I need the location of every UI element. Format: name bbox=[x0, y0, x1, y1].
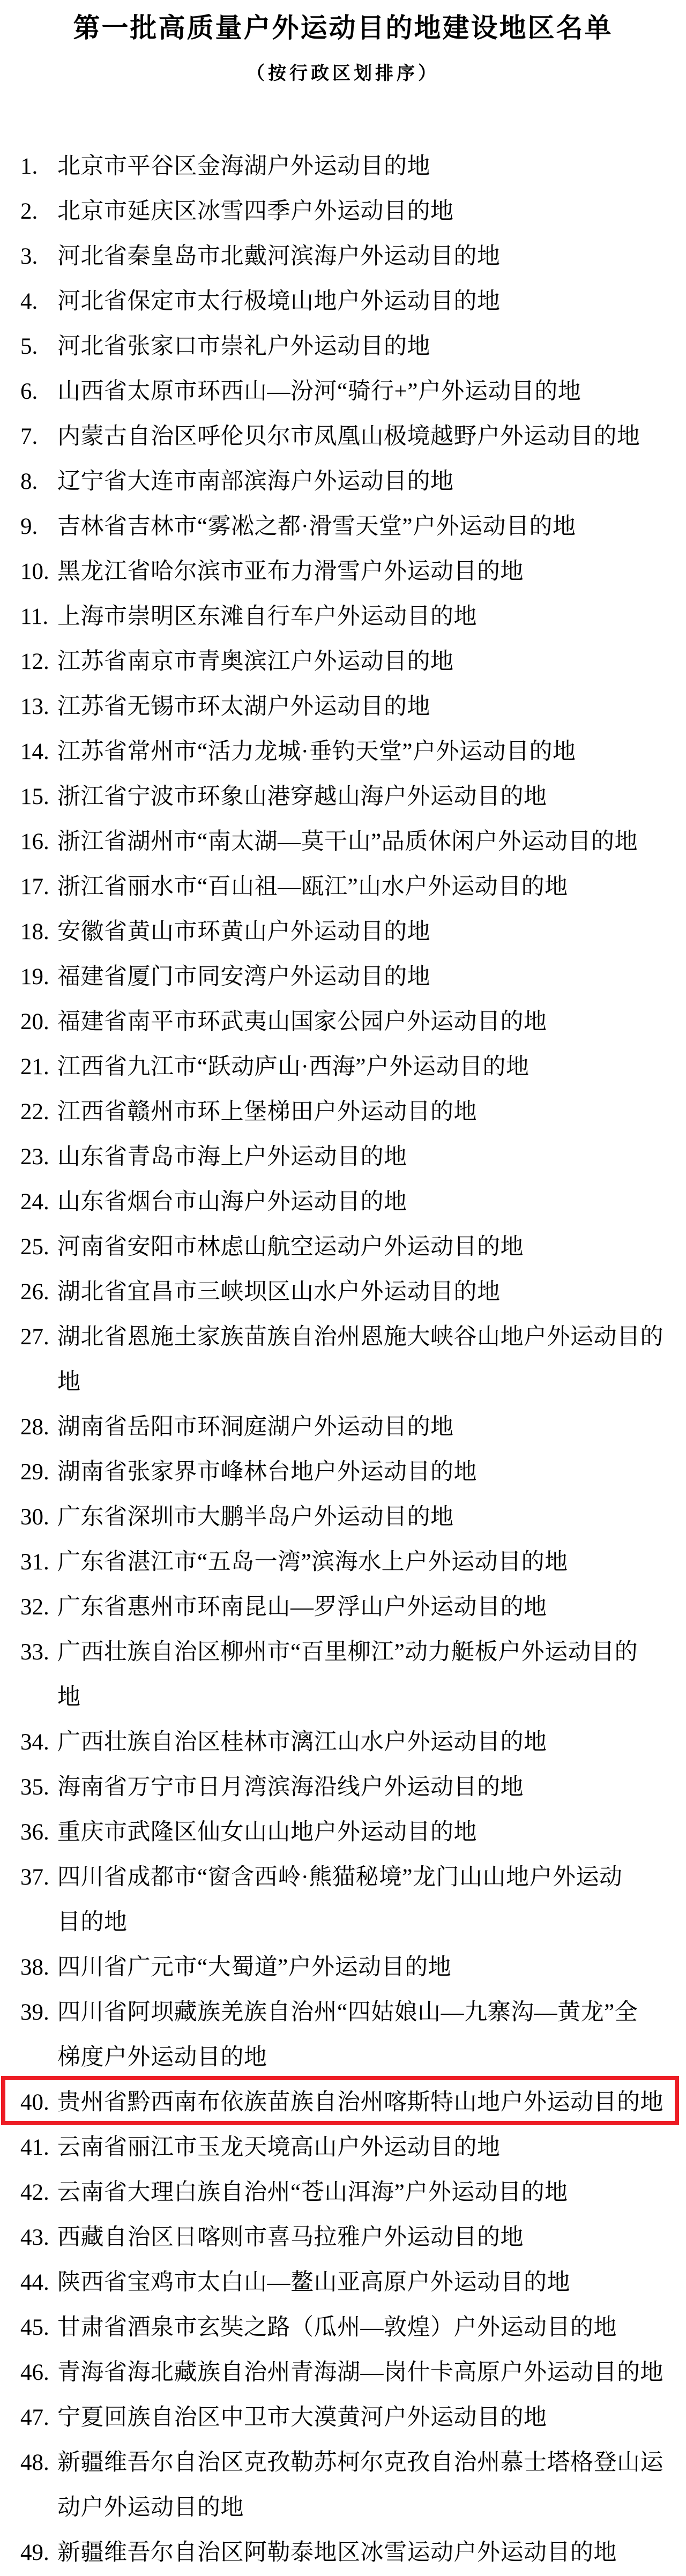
item-text: 湖南省岳阳市环洞庭湖户外运动目的地 bbox=[57, 1414, 454, 1440]
item-text: 河北省张家口市崇礼户外运动目的地 bbox=[57, 334, 430, 359]
item-text: 浙江省丽水市“百山祖—瓯江”山水户外运动目的地 bbox=[57, 874, 568, 899]
item-number: 20. bbox=[20, 1000, 49, 1045]
item-text: 贵州省黔西南布依族苗族自治州喀斯特山地户外运动目的地 bbox=[57, 2090, 663, 2115]
item-number: 32. bbox=[20, 1585, 49, 1630]
item-text: 福建省南平市环武夷山国家公园户外运动目的地 bbox=[57, 1009, 547, 1034]
list-item-line: 31.广东省湛江市“五岛一湾”滨海水上户外运动目的地 bbox=[0, 1540, 686, 1585]
item-text: 辽宁省大连市南部滨海户外运动目的地 bbox=[57, 469, 454, 494]
item-number: 17. bbox=[20, 865, 49, 910]
list-item-line: 32.广东省惠州市环南昆山—罗浮山户外运动目的地 bbox=[0, 1585, 686, 1630]
item-number: 48. bbox=[20, 2440, 49, 2485]
item-text: 山东省烟台市山海户外运动目的地 bbox=[57, 1189, 407, 1215]
item-text: 湖南省张家界市峰林台地户外运动目的地 bbox=[57, 1460, 477, 1485]
item-text: 青海省海北藏族自治州青海湖—岗什卡高原户外运动目的地 bbox=[57, 2360, 663, 2385]
item-text: 湖北省宜昌市三峡坝区山水户外运动目的地 bbox=[57, 1279, 501, 1305]
item-text: 云南省丽江市玉龙天境高山户外运动目的地 bbox=[57, 2135, 501, 2160]
list-item-line: 47.宁夏回族自治区中卫市大漠黄河户外运动目的地 bbox=[0, 2395, 686, 2440]
item-text: 宁夏回族自治区中卫市大漠黄河户外运动目的地 bbox=[57, 2405, 547, 2430]
list-item-line: 40.贵州省黔西南布依族苗族自治州喀斯特山地户外运动目的地 bbox=[0, 2080, 686, 2125]
document-page: 第一批高质量户外运动目的地建设地区名单 （按行政区划排序） 1.北京市平谷区金海… bbox=[0, 0, 686, 2576]
item-number: 11. bbox=[20, 594, 48, 639]
item-number: 33. bbox=[20, 1630, 49, 1675]
item-number: 28. bbox=[20, 1405, 49, 1450]
list-item-line: 35.海南省万宁市日月湾滨海沿线户外运动目的地 bbox=[0, 1765, 686, 1810]
item-number: 49. bbox=[20, 2530, 49, 2575]
item-text: 动户外运动目的地 bbox=[57, 2495, 244, 2520]
list-item-line: 49.新疆维吾尔自治区阿勒泰地区冰雪运动户外运动目的地 bbox=[0, 2530, 686, 2575]
item-text: 地 bbox=[57, 1685, 81, 1710]
list-item-line: 1.北京市平谷区金海湖户外运动目的地 bbox=[0, 144, 686, 189]
list-item-line: 36.重庆市武隆区仙女山山地户外运动目的地 bbox=[0, 1810, 686, 1855]
list-item-line: 动户外运动目的地 bbox=[0, 2485, 686, 2530]
item-number: 45. bbox=[20, 2305, 49, 2350]
list-item-line: 20.福建省南平市环武夷山国家公园户外运动目的地 bbox=[0, 1000, 686, 1045]
item-text: 江西省九江市“跃动庐山·西海”户外运动目的地 bbox=[57, 1054, 530, 1079]
list-item-line: 2.北京市延庆区冰雪四季户外运动目的地 bbox=[0, 189, 686, 234]
item-text: 吉林省吉林市“雾凇之都·滑雪天堂”户外运动目的地 bbox=[57, 514, 576, 539]
list-item-line: 8.辽宁省大连市南部滨海户外运动目的地 bbox=[0, 459, 686, 504]
item-text: 目的地 bbox=[57, 1910, 128, 1935]
item-text: 重庆市武隆区仙女山山地户外运动目的地 bbox=[57, 1820, 477, 1845]
list-item-line: 19.福建省厦门市同安湾户外运动目的地 bbox=[0, 955, 686, 1000]
list-item-line: 25.河南省安阳市林虑山航空运动户外运动目的地 bbox=[0, 1225, 686, 1270]
item-text: 浙江省宁波市环象山港穿越山海户外运动目的地 bbox=[57, 784, 547, 809]
list-item-line: 14.江苏省常州市“活力龙城·垂钓天堂”户外运动目的地 bbox=[0, 729, 686, 775]
list-item-line: 地 bbox=[0, 1675, 686, 1720]
list-item-line: 17.浙江省丽水市“百山祖—瓯江”山水户外运动目的地 bbox=[0, 865, 686, 910]
item-number: 42. bbox=[20, 2170, 49, 2215]
item-number: 10. bbox=[20, 549, 49, 594]
item-text: 新疆维吾尔自治区克孜勒苏柯尔克孜自治州慕士塔格登山运 bbox=[57, 2450, 663, 2475]
list-item-line: 24.山东省烟台市山海户外运动目的地 bbox=[0, 1180, 686, 1225]
item-text: 河北省保定市太行极境山地户外运动目的地 bbox=[57, 289, 501, 314]
item-text: 安徽省黄山市环黄山户外运动目的地 bbox=[57, 919, 430, 944]
item-number: 15. bbox=[20, 775, 49, 820]
item-number: 7. bbox=[20, 414, 38, 459]
item-number: 34. bbox=[20, 1720, 49, 1765]
list-item-line: 4.河北省保定市太行极境山地户外运动目的地 bbox=[0, 279, 686, 324]
list-item-line: 48.新疆维吾尔自治区克孜勒苏柯尔克孜自治州慕士塔格登山运 bbox=[0, 2440, 686, 2485]
list-item-line: 27.湖北省恩施土家族苗族自治州恩施大峡谷山地户外运动目的 bbox=[0, 1315, 686, 1360]
item-number: 19. bbox=[20, 955, 49, 1000]
item-number: 12. bbox=[20, 639, 49, 684]
item-number: 2. bbox=[20, 189, 38, 234]
item-text: 梯度户外运动目的地 bbox=[57, 2045, 267, 2070]
list-item-line: 12.江苏省南京市青奥滨江户外运动目的地 bbox=[0, 639, 686, 684]
item-number: 25. bbox=[20, 1225, 49, 1270]
item-text: 上海市崇明区东滩自行车户外运动目的地 bbox=[57, 604, 477, 629]
item-number: 46. bbox=[20, 2350, 49, 2395]
item-text: 陕西省宝鸡市太白山—鳌山亚高原户外运动目的地 bbox=[57, 2270, 570, 2295]
list-item-line: 22.江西省赣州市环上堡梯田户外运动目的地 bbox=[0, 1090, 686, 1135]
list-item-line: 3.河北省秦皇岛市北戴河滨海户外运动目的地 bbox=[0, 234, 686, 279]
item-text: 四川省成都市“窗含西岭·熊猫秘境”龙门山山地户外运动 bbox=[57, 1865, 623, 1890]
item-number: 36. bbox=[20, 1810, 49, 1855]
list-item-line: 15.浙江省宁波市环象山港穿越山海户外运动目的地 bbox=[0, 775, 686, 820]
list-item-line: 16.浙江省湖州市“南太湖—莫干山”品质休闲户外运动目的地 bbox=[0, 820, 686, 865]
item-text: 西藏自治区日喀则市喜马拉雅户外运动目的地 bbox=[57, 2225, 524, 2250]
item-text: 江西省赣州市环上堡梯田户外运动目的地 bbox=[57, 1099, 477, 1125]
list-item-line: 38.四川省广元市“大蜀道”户外运动目的地 bbox=[0, 1945, 686, 1990]
item-text: 内蒙古自治区呼伦贝尔市凤凰山极境越野户外运动目的地 bbox=[57, 424, 640, 449]
list-item-line: 42.云南省大理白族自治州“苍山洱海”户外运动目的地 bbox=[0, 2170, 686, 2215]
item-text: 广东省湛江市“五岛一湾”滨海水上户外运动目的地 bbox=[57, 1550, 568, 1575]
item-number: 41. bbox=[20, 2125, 49, 2170]
item-number: 4. bbox=[20, 279, 38, 324]
item-text: 黑龙江省哈尔滨市亚布力滑雪户外运动目的地 bbox=[57, 559, 524, 584]
item-number: 22. bbox=[20, 1090, 49, 1135]
item-number: 1. bbox=[20, 144, 38, 189]
item-number: 14. bbox=[20, 729, 49, 775]
list-item-line: 41.云南省丽江市玉龙天境高山户外运动目的地 bbox=[0, 2125, 686, 2170]
list-item-line: 44.陕西省宝鸡市太白山—鳌山亚高原户外运动目的地 bbox=[0, 2260, 686, 2305]
item-text: 海南省万宁市日月湾滨海沿线户外运动目的地 bbox=[57, 1775, 524, 1800]
list-item-line: 28.湖南省岳阳市环洞庭湖户外运动目的地 bbox=[0, 1405, 686, 1450]
item-text: 四川省阿坝藏族羌族自治州“四姑娘山—九寨沟—黄龙”全 bbox=[57, 2000, 638, 2025]
item-number: 24. bbox=[20, 1180, 49, 1225]
list-item-line: 11.上海市崇明区东滩自行车户外运动目的地 bbox=[0, 594, 686, 639]
list-item-line: 29.湖南省张家界市峰林台地户外运动目的地 bbox=[0, 1450, 686, 1495]
list-item-line: 33.广西壮族自治区柳州市“百里柳江”动力艇板户外运动目的 bbox=[0, 1630, 686, 1675]
list-item-line: 46.青海省海北藏族自治州青海湖—岗什卡高原户外运动目的地 bbox=[0, 2350, 686, 2395]
item-number: 6. bbox=[20, 369, 38, 414]
item-text: 北京市平谷区金海湖户外运动目的地 bbox=[57, 154, 430, 179]
item-text: 福建省厦门市同安湾户外运动目的地 bbox=[57, 964, 430, 989]
item-number: 37. bbox=[20, 1855, 49, 1900]
list-item-line: 26.湖北省宜昌市三峡坝区山水户外运动目的地 bbox=[0, 1270, 686, 1315]
item-number: 47. bbox=[20, 2395, 49, 2440]
item-number: 9. bbox=[20, 504, 38, 549]
list-item-line: 43.西藏自治区日喀则市喜马拉雅户外运动目的地 bbox=[0, 2215, 686, 2260]
item-text: 山西省太原市环西山—汾河“骑行+”户外运动目的地 bbox=[57, 379, 581, 404]
list-item-line: 39.四川省阿坝藏族羌族自治州“四姑娘山—九寨沟—黄龙”全 bbox=[0, 1990, 686, 2035]
list-item-line: 18.安徽省黄山市环黄山户外运动目的地 bbox=[0, 910, 686, 955]
item-number: 5. bbox=[20, 324, 38, 369]
item-text: 山东省青岛市海上户外运动目的地 bbox=[57, 1144, 407, 1170]
item-number: 30. bbox=[20, 1495, 49, 1540]
item-text: 湖北省恩施土家族苗族自治州恩施大峡谷山地户外运动目的 bbox=[57, 1324, 663, 1350]
item-text: 广西壮族自治区桂林市漓江山水户外运动目的地 bbox=[57, 1730, 547, 1755]
list-item-line: 目的地 bbox=[0, 1900, 686, 1945]
item-text: 浙江省湖州市“南太湖—莫干山”品质休闲户外运动目的地 bbox=[57, 829, 638, 854]
item-number: 13. bbox=[20, 684, 49, 729]
item-number: 8. bbox=[20, 459, 38, 504]
item-text: 北京市延庆区冰雪四季户外运动目的地 bbox=[57, 199, 454, 224]
item-number: 27. bbox=[20, 1315, 49, 1360]
item-text: 四川省广元市“大蜀道”户外运动目的地 bbox=[57, 1955, 451, 1980]
list-item-line: 梯度户外运动目的地 bbox=[0, 2035, 686, 2080]
item-number: 29. bbox=[20, 1450, 49, 1495]
item-text: 江苏省无锡市环太湖户外运动目的地 bbox=[57, 694, 430, 719]
item-number: 23. bbox=[20, 1135, 49, 1180]
item-number: 16. bbox=[20, 820, 49, 865]
item-number: 35. bbox=[20, 1765, 49, 1810]
list-item-line: 21.江西省九江市“跃动庐山·西海”户外运动目的地 bbox=[0, 1045, 686, 1090]
list-item-line: 10.黑龙江省哈尔滨市亚布力滑雪户外运动目的地 bbox=[0, 549, 686, 594]
item-number: 3. bbox=[20, 234, 38, 279]
list-item-line: 23.山东省青岛市海上户外运动目的地 bbox=[0, 1135, 686, 1180]
item-text: 广东省惠州市环南昆山—罗浮山户外运动目的地 bbox=[57, 1595, 547, 1620]
list-item-line: 6.山西省太原市环西山—汾河“骑行+”户外运动目的地 bbox=[0, 369, 686, 414]
list-item-line: 9.吉林省吉林市“雾凇之都·滑雪天堂”户外运动目的地 bbox=[0, 504, 686, 549]
item-text: 江苏省南京市青奥滨江户外运动目的地 bbox=[57, 649, 454, 674]
item-number: 38. bbox=[20, 1945, 49, 1990]
page-subtitle: （按行政区划排序） bbox=[0, 65, 686, 83]
list-item-line: 30.广东省深圳市大鹏半岛户外运动目的地 bbox=[0, 1495, 686, 1540]
item-text: 河南省安阳市林虑山航空运动户外运动目的地 bbox=[57, 1234, 524, 1260]
page-title: 第一批高质量户外运动目的地建设地区名单 bbox=[0, 0, 686, 42]
list-item-line: 7.内蒙古自治区呼伦贝尔市凤凰山极境越野户外运动目的地 bbox=[0, 414, 686, 459]
item-number: 43. bbox=[20, 2215, 49, 2260]
item-text: 河北省秦皇岛市北戴河滨海户外运动目的地 bbox=[57, 244, 501, 269]
item-number: 21. bbox=[20, 1045, 49, 1090]
item-text: 云南省大理白族自治州“苍山洱海”户外运动目的地 bbox=[57, 2180, 568, 2205]
item-text: 地 bbox=[57, 1369, 81, 1395]
item-number: 39. bbox=[20, 1990, 49, 2035]
list-item-line: 34.广西壮族自治区桂林市漓江山水户外运动目的地 bbox=[0, 1720, 686, 1765]
destination-list: 1.北京市平谷区金海湖户外运动目的地2.北京市延庆区冰雪四季户外运动目的地3.河… bbox=[0, 144, 686, 2575]
item-number: 31. bbox=[20, 1540, 49, 1585]
list-item-line: 地 bbox=[0, 1360, 686, 1405]
item-text: 广西壮族自治区柳州市“百里柳江”动力艇板户外运动目的 bbox=[57, 1640, 638, 1665]
list-item-line: 45.甘肃省酒泉市玄奘之路（瓜州—敦煌）户外运动目的地 bbox=[0, 2305, 686, 2350]
item-number: 40. bbox=[20, 2080, 49, 2125]
list-item-line: 13.江苏省无锡市环太湖户外运动目的地 bbox=[0, 684, 686, 729]
item-number: 18. bbox=[20, 910, 49, 955]
item-text: 江苏省常州市“活力龙城·垂钓天堂”户外运动目的地 bbox=[57, 739, 576, 764]
item-number: 44. bbox=[20, 2260, 49, 2305]
item-text: 甘肃省酒泉市玄奘之路（瓜州—敦煌）户外运动目的地 bbox=[57, 2315, 617, 2340]
item-number: 26. bbox=[20, 1270, 49, 1315]
item-text: 新疆维吾尔自治区阿勒泰地区冰雪运动户外运动目的地 bbox=[57, 2540, 617, 2565]
list-item-line: 5.河北省张家口市崇礼户外运动目的地 bbox=[0, 324, 686, 369]
item-text: 广东省深圳市大鹏半岛户外运动目的地 bbox=[57, 1505, 454, 1530]
list-item-line: 37.四川省成都市“窗含西岭·熊猫秘境”龙门山山地户外运动 bbox=[0, 1855, 686, 1900]
